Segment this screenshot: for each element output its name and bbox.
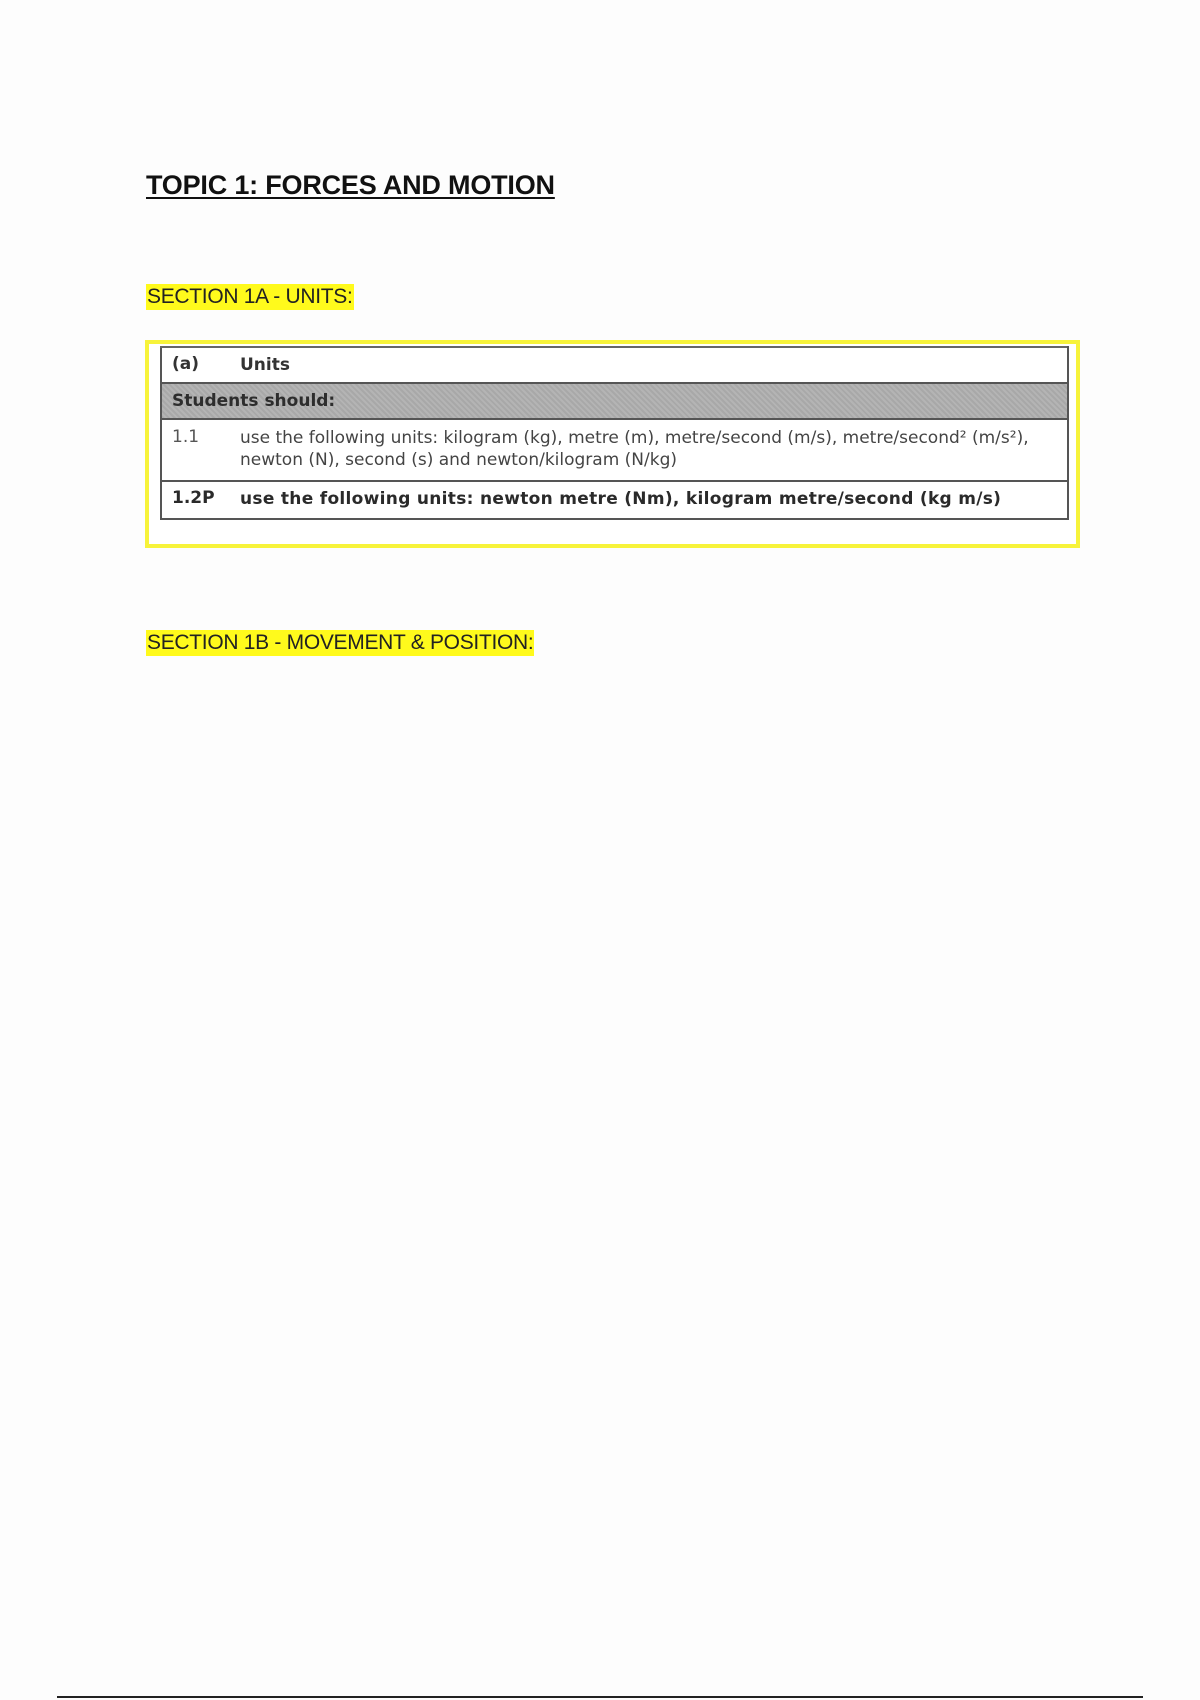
spec-row-code: 1.2P — [162, 488, 240, 508]
spec-table-units: (a) Units Students should: 1.1 use the f… — [160, 346, 1069, 520]
section-heading-1b: SECTION 1B - MOVEMENT & POSITION: — [146, 630, 534, 656]
spec-table-row: 1.2P use the following units: newton met… — [161, 481, 1068, 519]
page-title: TOPIC 1: FORCES AND MOTION — [146, 170, 555, 201]
spec-table-header-row: (a) Units — [161, 347, 1068, 383]
spec-table-row: 1.1 use the following units: kilogram (k… — [161, 419, 1068, 481]
spec-table-highlight-frame: (a) Units Students should: 1.1 use the f… — [145, 340, 1080, 548]
spec-row-text: use the following units: newton metre (N… — [240, 488, 1067, 510]
spec-table-subheader-row: Students should: — [161, 383, 1068, 419]
spec-subheader-text: Students should: — [172, 391, 335, 411]
spec-row-code: 1.1 — [162, 427, 240, 447]
section-heading-1a: SECTION 1A - UNITS: — [146, 284, 354, 310]
spec-header-title: Units — [240, 354, 1067, 376]
spec-header-code: (a) — [162, 354, 240, 374]
spec-row-text: use the following units: kilogram (kg), … — [240, 427, 1067, 471]
page-bottom-rule — [57, 1696, 1143, 1698]
